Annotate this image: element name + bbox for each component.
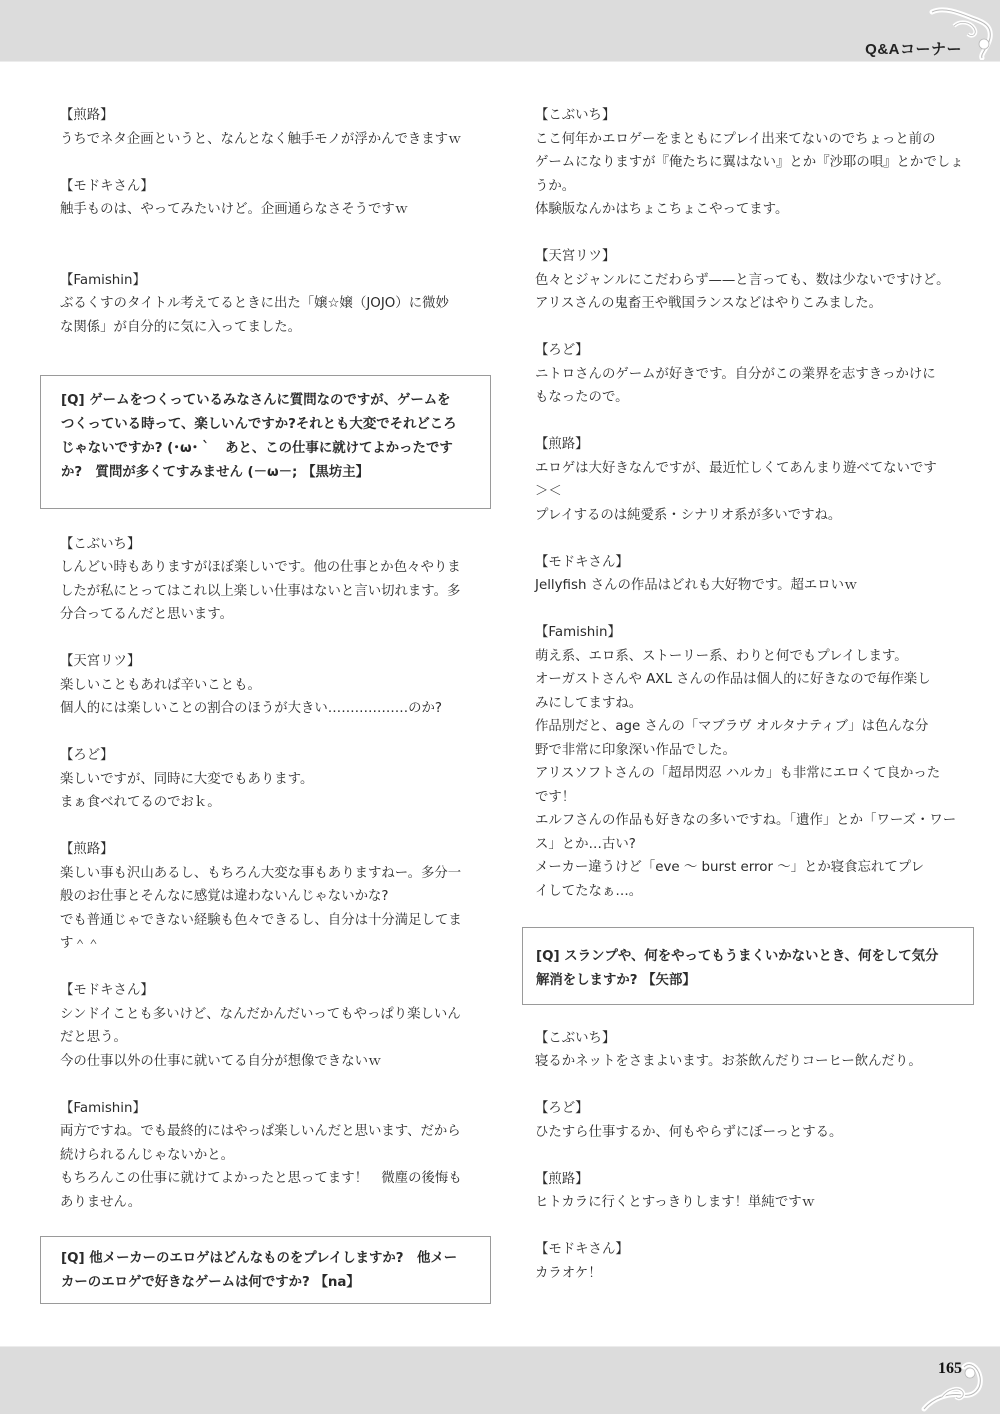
answer-entry: 【天宮リツ】色々とジャンルにこだわらず——と言っても、数は少ないですけど。アリス…	[535, 245, 955, 316]
answer-entry: 【Famishin】萌え系、エロ系、ストーリー系、わりと何でもプレイします。オー…	[535, 621, 955, 903]
answer-text: もちろんこの仕事に就けてよかったと思ってます！ 微塵の後悔も	[60, 1167, 480, 1191]
speaker-name: 【天宮リツ】	[60, 650, 480, 674]
answer-text: ひたすら仕事するか、何もやらずにぼーっとする。	[535, 1121, 955, 1145]
answer-text: カラオケ！	[535, 1262, 955, 1286]
answer-text: アリスさんの鬼畜王や戦国ランスなどはやりこみました。	[535, 292, 955, 316]
answer-text: みにしてますね。	[535, 692, 955, 716]
question-text: [Q] 他メーカーのエロゲはどんなものをプレイしますか? 他メー	[61, 1247, 490, 1271]
answer-text: ニトロさんのゲームが好きです。自分がこの業界を志すきっかけに	[535, 363, 955, 387]
answer-text: エルフさんの作品も好きなの多いですね。「遺作」とか「ワーズ・ワー	[535, 809, 955, 833]
section-title: Q&Aコーナー	[865, 38, 962, 59]
answer-entry: 【こぶいち】しんどい時もありますがほぼ楽しいです。他の仕事とか色々やりましたが私…	[60, 533, 480, 627]
answer-text: 分合ってるんだと思います。	[60, 603, 480, 627]
question-text: 解消をしますか? 【矢部】	[536, 969, 973, 993]
answer-entry: 【煎路】うちでネタ企画というと、なんとなく触手モノが浮かんできますｗ	[60, 104, 480, 151]
answer-entry: 【モドキさん】触手ものは、やってみたいけど。企画通らなさそうですｗ	[60, 175, 480, 222]
answer-entry: 【モドキさん】シンドイことも多いけど、なんだかんだいってもやっぱり楽しいんだと思…	[60, 979, 480, 1073]
speaker-name: 【モドキさん】	[60, 175, 480, 199]
answer-text: 続けられるんじゃないかと。	[60, 1144, 480, 1168]
answer-text: もなったので。	[535, 386, 955, 410]
answer-text: イしてたなぁ…。	[535, 880, 955, 904]
answer-text: 今の仕事以外の仕事に就いてる自分が想像できないｗ	[60, 1050, 480, 1074]
question-text: [Q] ゲームをつくっているみなさんに質問なのですが、ゲームを	[61, 389, 490, 413]
answer-text: アリスソフトさんの「超昂閃忍 ハルカ」も非常にエロくて良かった	[535, 762, 955, 786]
question-text: カーのエロゲで好きなゲームは何ですか? 【na】	[61, 1271, 490, 1295]
answer-text: 両方ですね。でも最終的にはやっぱ楽しいんだと思います、だから	[60, 1120, 480, 1144]
answer-entry: 【Famishin】ぶるくすのタイトル考えてるときに出た「嬢☆嬢（JOJO）に微…	[60, 269, 480, 340]
answer-text: ヒトカラに行くとすっきりします！単純ですｗ	[535, 1191, 955, 1215]
answer-entry: 【天宮リツ】楽しいこともあれば辛いことも。個人的には楽しいことの割合のほうが大き…	[60, 650, 480, 721]
speaker-name: 【こぶいち】	[60, 533, 480, 557]
answer-text: でも普通じゃできない経験も色々できるし、自分は十分満足してま	[60, 909, 480, 933]
answer-text: 楽しいこともあれば辛いことも。	[60, 674, 480, 698]
question-box: [Q] 他メーカーのエロゲはどんなものをプレイしますか? 他メーカーのエロゲで好…	[40, 1236, 491, 1304]
speaker-name: 【モドキさん】	[535, 551, 955, 575]
answer-text: な関係」が自分的に気に入ってました。	[60, 316, 480, 340]
speaker-name: 【ろど】	[60, 744, 480, 768]
left-column: 【煎路】うちでネタ企画というと、なんとなく触手モノが浮かんできますｗ【モドキさん…	[60, 104, 480, 1304]
answer-text: 楽しい事も沢山あるし、もちろん大変な事もありますねー。多分一	[60, 862, 480, 886]
answer-text: ありません。	[60, 1191, 480, 1215]
question-text: つくっている時って、楽しいんですか?それとも大変でそれどころ	[61, 413, 490, 437]
answer-text: うか。	[535, 175, 955, 199]
speaker-name: 【Famishin】	[60, 269, 480, 293]
question-text: [Q] スランプや、何をやってもうまくいかないとき、何をして気分	[536, 945, 973, 969]
answer-text: ゲームになりますが『俺たちに翼はない』とか『沙耶の唄』とかでしょ	[535, 151, 955, 175]
answer-entry: 【ろど】楽しいですが、同時に大変でもあります。まぁ食べれてるのでおｋ。	[60, 744, 480, 815]
answer-text: エロゲは大好きなんですが、最近忙しくてあんまり遊べてないです	[535, 457, 955, 481]
answer-entry: 【煎路】ヒトカラに行くとすっきりします！単純ですｗ	[535, 1168, 955, 1215]
question-text: か? 質問が多くてすみません (－ω－; 【黒坊主】	[61, 461, 490, 485]
speaker-name: 【煎路】	[535, 1168, 955, 1192]
answer-entry: 【ろど】ニトロさんのゲームが好きです。自分がこの業界を志すきっかけにもなったので…	[535, 339, 955, 410]
speaker-name: 【煎路】	[535, 433, 955, 457]
answer-text: です！	[535, 786, 955, 810]
page-header: Q&Aコーナー	[0, 0, 1000, 62]
question-text: じゃないですか? (･ω･｀ あと、この仕事に就けてよかったです	[61, 437, 490, 461]
answer-text: 寝るかネットをさまよいます。お茶飲んだりコーヒー飲んだり。	[535, 1050, 955, 1074]
answer-text: ス」とか…古い?	[535, 833, 955, 857]
ornament-icon	[920, 1353, 990, 1413]
answer-text: 体験版なんかはちょこちょこやってます。	[535, 198, 955, 222]
answer-entry: 【こぶいち】寝るかネットをさまよいます。お茶飲んだりコーヒー飲んだり。	[535, 1027, 955, 1074]
answer-entry: 【煎路】楽しい事も沢山あるし、もちろん大変な事もありますねー。多分一般のお仕事と…	[60, 838, 480, 956]
right-column: 【こぶいち】ここ何年かエロゲーをまともにプレイ出来てないのでちょっと前のゲームに…	[535, 104, 955, 1309]
answer-text: 楽しいですが、同時に大変でもあります。	[60, 768, 480, 792]
speaker-name: 【ろど】	[535, 339, 955, 363]
speaker-name: 【こぶいち】	[535, 104, 955, 128]
answer-text: プレイするのは純愛系・シナリオ系が多いですね。	[535, 504, 955, 528]
question-box: [Q] スランプや、何をやってもうまくいかないとき、何をして気分解消をしますか?…	[522, 927, 974, 1005]
speaker-name: 【Famishin】	[535, 621, 955, 645]
answer-entry: 【こぶいち】ここ何年かエロゲーをまともにプレイ出来てないのでちょっと前のゲームに…	[535, 104, 955, 222]
answer-text: ぶるくすのタイトル考えてるときに出た「嬢☆嬢（JOJO）に微妙	[60, 292, 480, 316]
answer-text: 野で非常に印象深い作品でした。	[535, 739, 955, 763]
answer-text: 触手ものは、やってみたいけど。企画通らなさそうですｗ	[60, 198, 480, 222]
answer-text: しんどい時もありますがほぼ楽しいです。他の仕事とか色々やりま	[60, 556, 480, 580]
answer-text: 個人的には楽しいことの割合のほうが大きい………………のか?	[60, 697, 480, 721]
speaker-name: 【煎路】	[60, 838, 480, 862]
speaker-name: 【煎路】	[60, 104, 480, 128]
answer-entry: 【Famishin】両方ですね。でも最終的にはやっぱ楽しいんだと思います、だから…	[60, 1097, 480, 1215]
answer-text: 般のお仕事とそんなに感覚は違わないんじゃないかな?	[60, 885, 480, 909]
answer-text: オーガストさんや AXL さんの作品は個人的に好きなので毎作楽し	[535, 668, 955, 692]
answer-text: す＾＾	[60, 932, 480, 956]
speaker-name: 【ろど】	[535, 1097, 955, 1121]
answer-text: メーカー違うけど「eve ～ burst error ～」とか寝食忘れてプレ	[535, 856, 955, 880]
answer-text: だと思う。	[60, 1026, 480, 1050]
speaker-name: 【Famishin】	[60, 1097, 480, 1121]
answer-text: Jellyfish さんの作品はどれも大好物です。超エロいｗ	[535, 574, 955, 598]
answer-text: 作品別だと、age さんの「マブラヴ オルタナティブ」は色んな分	[535, 715, 955, 739]
answer-text: 色々とジャンルにこだわらず——と言っても、数は少ないですけど。	[535, 269, 955, 293]
speaker-name: 【天宮リツ】	[535, 245, 955, 269]
answer-text: うちでネタ企画というと、なんとなく触手モノが浮かんできますｗ	[60, 128, 480, 152]
answer-text: ＞＜	[535, 480, 955, 504]
answer-text: シンドイことも多いけど、なんだかんだいってもやっぱり楽しいん	[60, 1003, 480, 1027]
speaker-name: 【モドキさん】	[60, 979, 480, 1003]
page-footer: 165	[0, 1346, 1000, 1414]
answer-text: まぁ食べれてるのでおｋ。	[60, 791, 480, 815]
question-box: [Q] ゲームをつくっているみなさんに質問なのですが、ゲームをつくっている時って…	[40, 375, 491, 509]
answer-text: ここ何年かエロゲーをまともにプレイ出来てないのでちょっと前の	[535, 128, 955, 152]
answer-text: 萌え系、エロ系、ストーリー系、わりと何でもプレイします。	[535, 645, 955, 669]
answer-entry: 【ろど】ひたすら仕事するか、何もやらずにぼーっとする。	[535, 1097, 955, 1144]
answer-entry: 【モドキさん】Jellyfish さんの作品はどれも大好物です。超エロいｗ	[535, 551, 955, 598]
answer-entry: 【モドキさん】カラオケ！	[535, 1238, 955, 1285]
answer-entry: 【煎路】エロゲは大好きなんですが、最近忙しくてあんまり遊べてないです＞＜プレイす…	[535, 433, 955, 527]
speaker-name: 【こぶいち】	[535, 1027, 955, 1051]
answer-text: したが私にとってはこれ以上楽しい仕事はないと言い切れます。多	[60, 580, 480, 604]
speaker-name: 【モドキさん】	[535, 1238, 955, 1262]
